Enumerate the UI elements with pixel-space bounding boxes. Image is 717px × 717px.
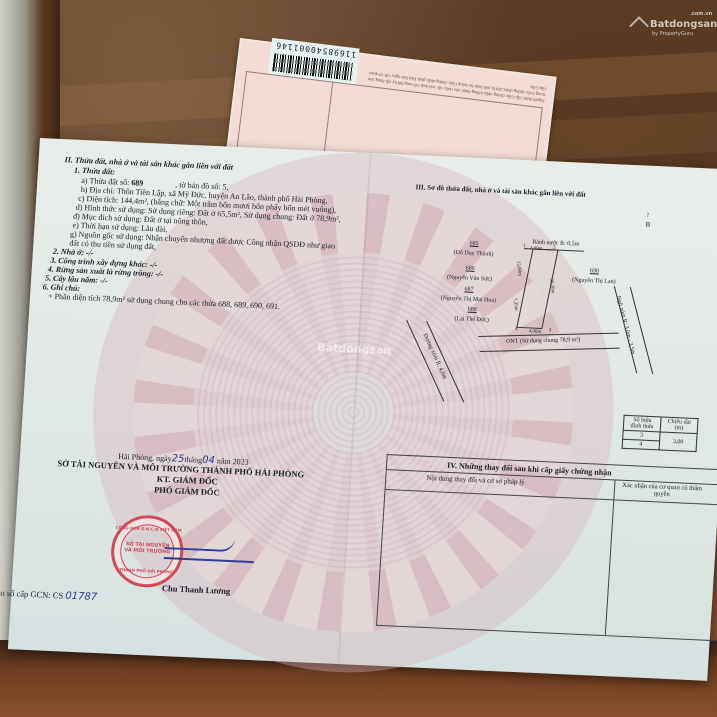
registry-number: 01787	[65, 591, 97, 603]
watermark-brand: Batdongsan	[650, 19, 717, 30]
dim-right: 36,30m	[546, 278, 557, 294]
land-use-certificate: Batdongsan II. Thửa đất, nhà ở và tài sả…	[8, 138, 717, 681]
neighbor-685: 685(Đỗ Duy Thành)	[453, 239, 494, 260]
neighbor-690: 690(Nguyễn Thị Lan)	[572, 266, 617, 287]
section-ii-subtitle: 1. Thửa đất:	[74, 166, 116, 177]
registry-number-line: Số vào sổ cấp GCN: CS 01787	[0, 588, 97, 603]
section-iv-table: IV. Những thay đổi sau khi cấp giấy chứn…	[376, 454, 717, 641]
neighbor-687: 687(Nguyễn Thị Mai Hoa)	[440, 284, 497, 305]
watermark-domain: .com.vn	[690, 11, 712, 17]
north-arrow-icon: ↑B	[645, 211, 651, 230]
dim-left-2: 7,35m	[509, 298, 520, 312]
section-iv-col-divider	[605, 479, 616, 635]
section-iv-col1: Nội dung thay đổi và cơ sở pháp lý	[426, 474, 525, 488]
watermark-sub: by PropertyGuru	[652, 31, 693, 37]
handwritten-signature	[164, 529, 256, 563]
dim-left: 12,00m	[513, 260, 524, 276]
neighbor-688: 688(Lại Thế Đức)	[454, 305, 490, 326]
house-logo-icon	[629, 16, 649, 36]
table-header: Số hiệu đỉnh thửa	[623, 415, 661, 432]
neighbor-686: 686(Nguyễn Văn Sức)	[447, 264, 493, 285]
table-header: Chiều dài (m)	[660, 417, 698, 434]
watermark-logo: Batdongsan .com.vn by PropertyGuru	[632, 17, 712, 39]
dim-bottom: 4,00m	[528, 327, 541, 337]
vertex-length-table: Số hiệu đỉnh thửa Chiều dài (m) 3 3,00 4	[622, 415, 699, 452]
section-iv-col2: Xác nhận của cơ quan có thẩm quyền	[622, 482, 703, 500]
ont-label: ONT (Sử dụng chung 78,9 m²)	[506, 336, 580, 347]
